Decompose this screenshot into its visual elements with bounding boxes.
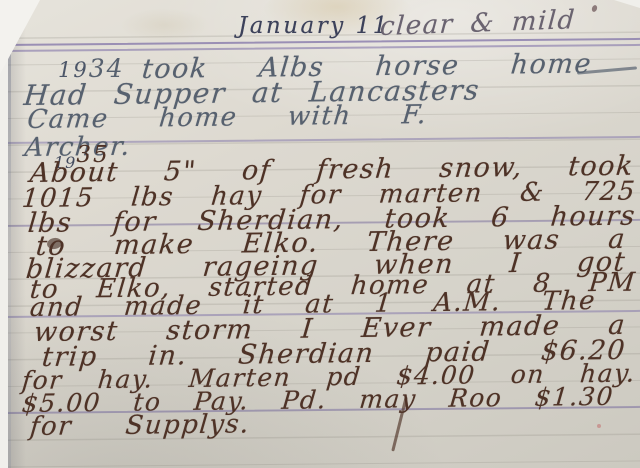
paper-stain-faint — [120, 8, 210, 42]
handwritten-line: for Supplys. — [29, 410, 252, 441]
page-edge-shadow — [11, 0, 26, 468]
header-divider-line-1 — [0, 38, 640, 46]
red-speck — [597, 424, 601, 428]
ink-speck — [591, 4, 598, 12]
printed-date: January 11 — [238, 13, 390, 39]
diary-page-photo: January 11 clear & mild 1934 took Albs h… — [0, 0, 640, 468]
page-corner-top-right — [614, 0, 640, 8]
page-edge-line — [8, 0, 11, 468]
weather-note: clear & mild — [379, 6, 577, 41]
